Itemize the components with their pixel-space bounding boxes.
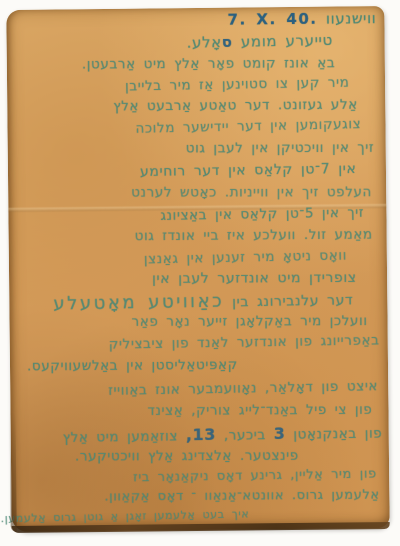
letter-line: אַלעמען גרוס. אוונטא־אַנאַוו ־ דאָס אַקא… bbox=[104, 489, 379, 505]
letter-line: וועלכן מיר באַקלאָגן זייער נאָר פאַר bbox=[132, 314, 368, 330]
letter-line: באַ אונז קומט פאָר אַלץ מיט אַרבעטן. bbox=[81, 56, 334, 72]
letter-line: קאַפּיטאַליסטן אין באַלשעוויקעס. bbox=[27, 358, 238, 374]
letter-text-segment: ס bbox=[221, 33, 232, 51]
letter-text-segment: אַלע געזונט. דער טאַטע אַרבעט אַלץ bbox=[113, 97, 358, 115]
letter-line: פון באַנקנאָטן 3 ביכער, 13, צוזאַמען מיט… bbox=[63, 424, 383, 446]
letter-text-segment: איך בעט אַלעמען זאָגן אַ גוטן גרוס אַלעמ… bbox=[1, 507, 250, 525]
letter-text-segment: 3 bbox=[274, 424, 286, 443]
letter-text-segment: זיך אין 5־טן קלאַס אין באַציונג bbox=[161, 205, 365, 224]
letter-text-segment: צוגעקומען אין דער יידישער מלוכה bbox=[136, 116, 362, 137]
letter-text-segment: אין 7־טן קלאַס אין דער רוחימע bbox=[139, 161, 356, 180]
letter-text-segment: זיך אין וויכטיקן אין לעבן גוט bbox=[185, 140, 373, 157]
letter-line: וואָס ניטאָ מיר זענען אין גאַנצן bbox=[144, 249, 347, 268]
letter-text-segment: פון באַנקנאָטן bbox=[286, 426, 383, 443]
letter-line: דער עלנבירונג בין כאַוויטע מאָטעלע bbox=[53, 289, 353, 314]
letter-text-segment: דער עלנבירונג בין bbox=[224, 292, 353, 310]
letter-line: איצט פון דאָלאַר, נאָוועמבער אונז באַווי… bbox=[108, 379, 378, 399]
letter-line: פון מיר אַליין, גרינע דאָס ניקאַנאָר ביז bbox=[133, 467, 377, 485]
letter-text-segment: צוזאַמען מיט אַלץ bbox=[63, 428, 186, 446]
letter-text-segment: פון מיר אַליין, גרינע דאָס ניקאַנאָר ביז bbox=[133, 466, 377, 485]
letter-text-segment: באַפרייונג פון אונדזער לאַנד פון ציבצילי… bbox=[109, 332, 380, 352]
letter-line: אַלע געזונט. דער טאַטע אַרבעט אַלץ bbox=[113, 98, 358, 115]
letter-text-segment: אָלע. bbox=[186, 33, 221, 52]
letter-text-segment: פינצטער. אַלצדינג אַלץ וויכטיקער. bbox=[75, 448, 299, 465]
letter-line: זיך אין וויכטיקן אין לעבן גוט bbox=[185, 141, 373, 157]
letter-text-segment: צופרידן מיט אונדזער לעבן אין bbox=[153, 270, 358, 287]
letter-text-segment: קאַפּיטאַליסטן אין באַלשעוויקעס. bbox=[27, 357, 238, 374]
letter-line: פון צי פיל באַנד־לייג צוריק, אַצינד bbox=[147, 403, 372, 419]
letter-line: זיך אין 5־טן קלאַס אין באַציונג bbox=[161, 206, 365, 224]
letter-paper: ווישנעוו 7. X. 40. טייערע מומע סאָלע.באַ… bbox=[6, 6, 389, 532]
letter-line: פינצטער. אַלצדינג אַלץ וויכטיקער. bbox=[75, 449, 299, 465]
letter-line: מאַמע זול. וועלכע איז ביי אונדז גוט bbox=[135, 228, 373, 245]
letter-place: ווישנעוו bbox=[326, 9, 377, 28]
letter-text-segment: אַלעמען גרוס. אוונטא־אַנאַוו ־ דאָס אַקא… bbox=[104, 488, 379, 505]
letter-text-segment: איצט פון דאָלאַר, נאָוועמבער אונז באַווי… bbox=[108, 378, 378, 399]
letter-text-segment: כאַוויטע מאָטעלע bbox=[53, 291, 224, 315]
letter-text-segment: וואָס ניטאָ מיר זענען אין גאַנצן bbox=[144, 248, 347, 268]
letter-line: מיר קען צו סטוינען אַז מיר בלייבן bbox=[125, 76, 350, 95]
letter-line: טייערע מומע סאָלע. bbox=[186, 32, 332, 51]
letter-text-segment: ביכער, bbox=[216, 427, 274, 444]
letter-line: צופרידן מיט אונדזער לעבן אין bbox=[153, 271, 358, 287]
letter-line: איך בעט אַלעמען זאָגן אַ גוטן גרוס אַלעמ… bbox=[1, 508, 250, 525]
letter-text-segment: מאַמע זול. וועלכע איז ביי אונדז גוט bbox=[135, 227, 373, 245]
letter-text-segment: וועלכן מיר באַקלאָגן זייער נאָר פאַר bbox=[132, 313, 368, 330]
letter-text-segment: 13, bbox=[186, 425, 216, 444]
letter-dateline: ווישנעוו 7. X. 40. bbox=[227, 10, 376, 28]
letter-line: באַפרייונג פון אונדזער לאַנד פון ציבצילי… bbox=[109, 333, 380, 352]
letter-text-segment: העלפט זיך אין ווייניות. כאָטש לערנט bbox=[131, 184, 372, 200]
letter-text-segment: פון צי פיל באַנד־לייג צוריק, אַצינד bbox=[147, 402, 372, 419]
letter-text-segment: באַ אונז קומט פאָר אַלץ מיט אַרבעטן. bbox=[81, 55, 334, 72]
letter-text-segment: מיר קען צו סטוינען אַז מיר בלייבן bbox=[125, 75, 350, 95]
scanned-letter-photo: ווישנעוו 7. X. 40. טייערע מומע סאָלע.באַ… bbox=[0, 0, 400, 546]
letter-line: אין 7־טן קלאַס אין דער רוחימע bbox=[139, 162, 356, 180]
letter-text-segment: טייערע מומע bbox=[232, 31, 333, 51]
letter-line: צוגעקומען אין דער יידישער מלוכה bbox=[136, 117, 362, 137]
letter-line: העלפט זיך אין ווייניות. כאָטש לערנט bbox=[131, 185, 372, 200]
letter-date: 7. X. 40. bbox=[227, 10, 317, 29]
